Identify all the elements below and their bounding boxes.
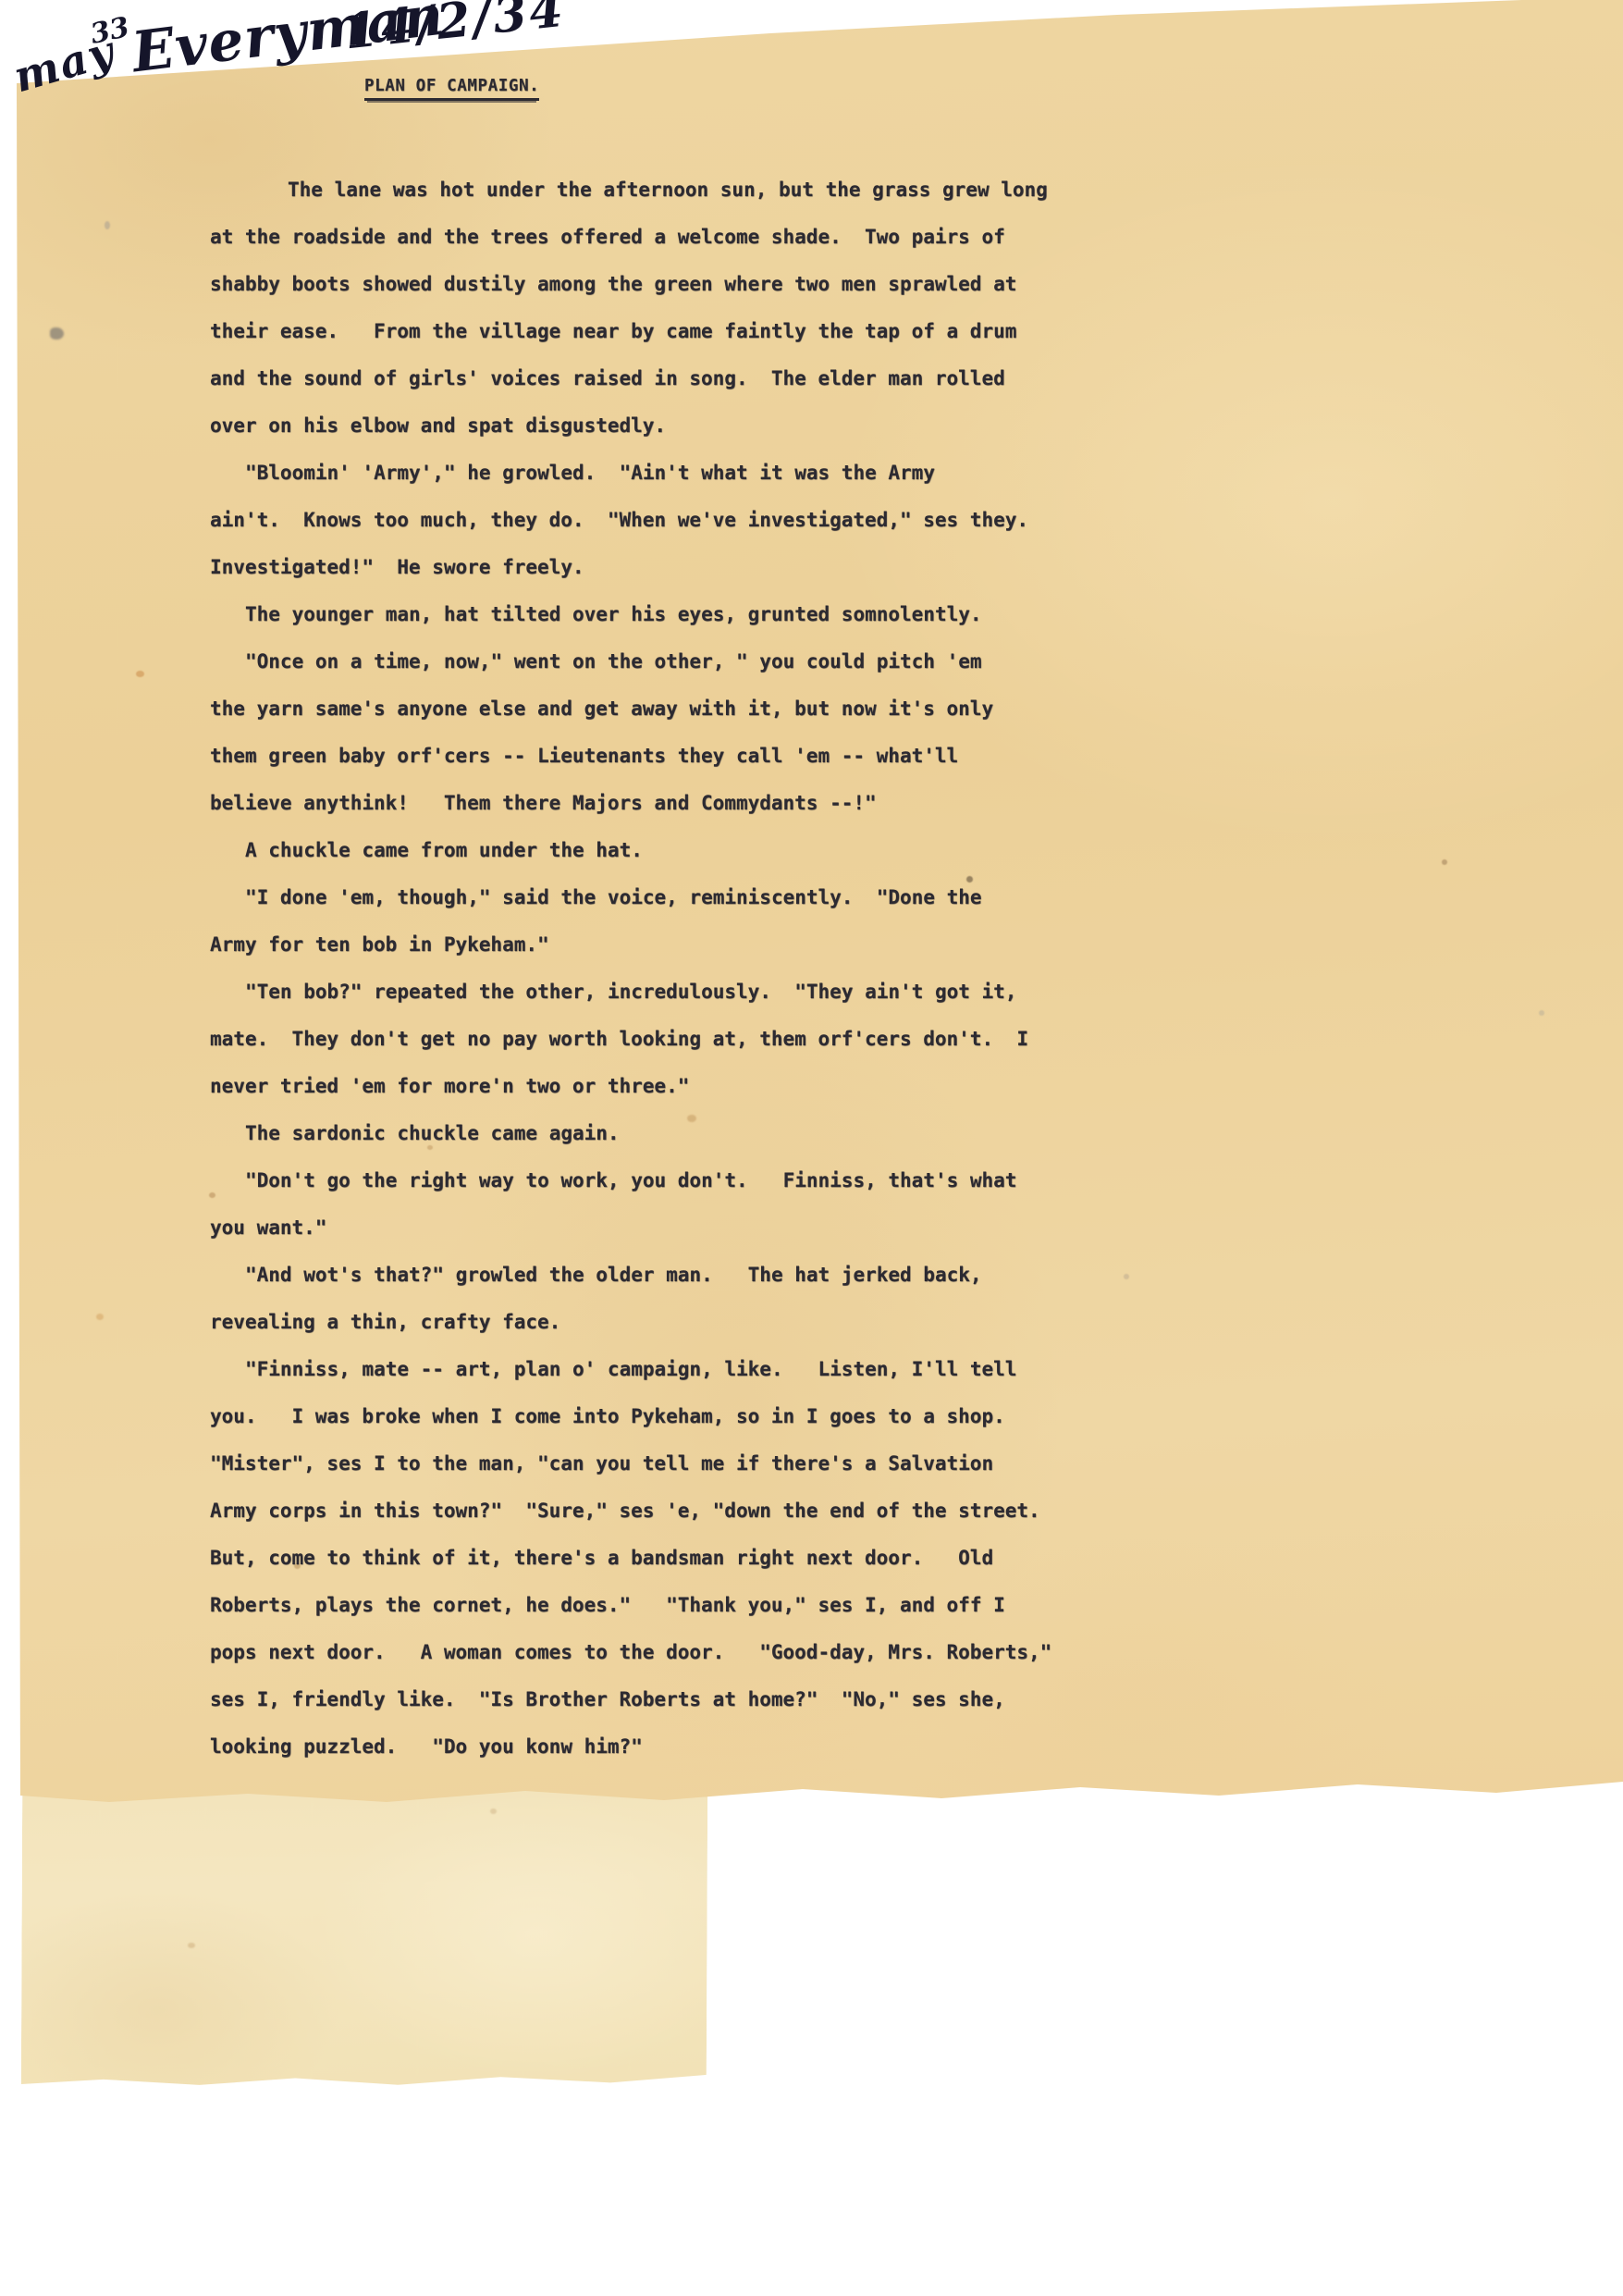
typescript-lines: The lane was hot under the afternoon sun… (210, 167, 1098, 1771)
typescript-line: never tried 'em for more'n two or three.… (210, 1063, 1098, 1110)
page-title: PLAN OF CAMPAIGN. (364, 77, 539, 101)
typescript-line: The younger man, hat tilted over his eye… (210, 591, 1098, 638)
typescript-line: at the roadside and the trees offered a … (210, 214, 1098, 261)
typescript-line: "And wot's that?" growled the older man.… (210, 1252, 1098, 1299)
paper-speck (188, 1943, 195, 1948)
typescript-line: Army for ten bob in Pykeham." (210, 921, 1098, 969)
typescript-line: "Finniss, mate -- art, plan o' campaign,… (210, 1346, 1098, 1393)
typescript-line: ain't. Knows too much, they do. "When we… (210, 497, 1098, 544)
typescript-line: A chuckle came from under the hat. (210, 827, 1098, 874)
paper-speck (1442, 859, 1447, 865)
typescript-line: Roberts, plays the cornet, he does." "Th… (210, 1582, 1098, 1629)
typescript-line: the yarn same's anyone else and get away… (210, 685, 1098, 733)
typescript-line: shabby boots showed dustily among the gr… (210, 261, 1098, 308)
typescript-line: pops next door. A woman comes to the doo… (210, 1629, 1098, 1676)
typescript-line: The sardonic chuckle came again. (210, 1110, 1098, 1157)
typescript-line: "Ten bob?" repeated the other, incredulo… (210, 969, 1098, 1016)
typescript-line: you. I was broke when I come into Pykeha… (210, 1393, 1098, 1440)
paper-speck (1124, 1274, 1129, 1279)
typescript-line: them green baby orf'cers -- Lieutenants … (210, 733, 1098, 780)
paper-smudge (50, 327, 64, 339)
typescript-line: "Bloomin' 'Army'," he growled. "Ain't wh… (210, 450, 1098, 497)
typescript-line: mate. They don't get no pay worth lookin… (210, 1016, 1098, 1063)
typescript-line: The lane was hot under the afternoon sun… (210, 167, 1098, 214)
scanned-page-background: may 33 Everyman 14/2/34 PLAN OF CAMPAIGN… (0, 0, 1623, 2296)
typescript-line: believe anythink! Them there Majors and … (210, 780, 1098, 827)
typescript-line: looking puzzled. "Do you konw him?" (210, 1723, 1098, 1771)
typescript-line: "Mister", ses I to the man, "can you tel… (210, 1440, 1098, 1487)
typescript-line: Investigated!" He swore freely. (210, 544, 1098, 591)
typescript-line: ses I, friendly like. "Is Brother Robert… (210, 1676, 1098, 1723)
paper-speck (105, 221, 110, 229)
typescript-line: "Once on a time, now," went on the other… (210, 638, 1098, 685)
typescript-line: over on his elbow and spat disgustedly. (210, 402, 1098, 450)
typescript-line: But, come to think of it, there's a band… (210, 1535, 1098, 1582)
paper-speck (96, 1314, 104, 1320)
typescript-line: "I done 'em, though," said the voice, re… (210, 874, 1098, 921)
paper-speck (136, 671, 144, 677)
handwritten-year: 33 (88, 11, 132, 51)
paper-speck (490, 1808, 497, 1814)
typescript-line: their ease. From the village near by cam… (210, 308, 1098, 355)
typescript-line: and the sound of girls' voices raised in… (210, 355, 1098, 402)
typescript-line: revealing a thin, crafty face. (210, 1299, 1098, 1346)
paper-speck (1539, 1010, 1544, 1016)
typescript-line: Army corps in this town?" "Sure," ses 'e… (210, 1487, 1098, 1535)
typescript-line: "Don't go the right way to work, you don… (210, 1157, 1098, 1204)
typescript-line: you want." (210, 1204, 1098, 1252)
